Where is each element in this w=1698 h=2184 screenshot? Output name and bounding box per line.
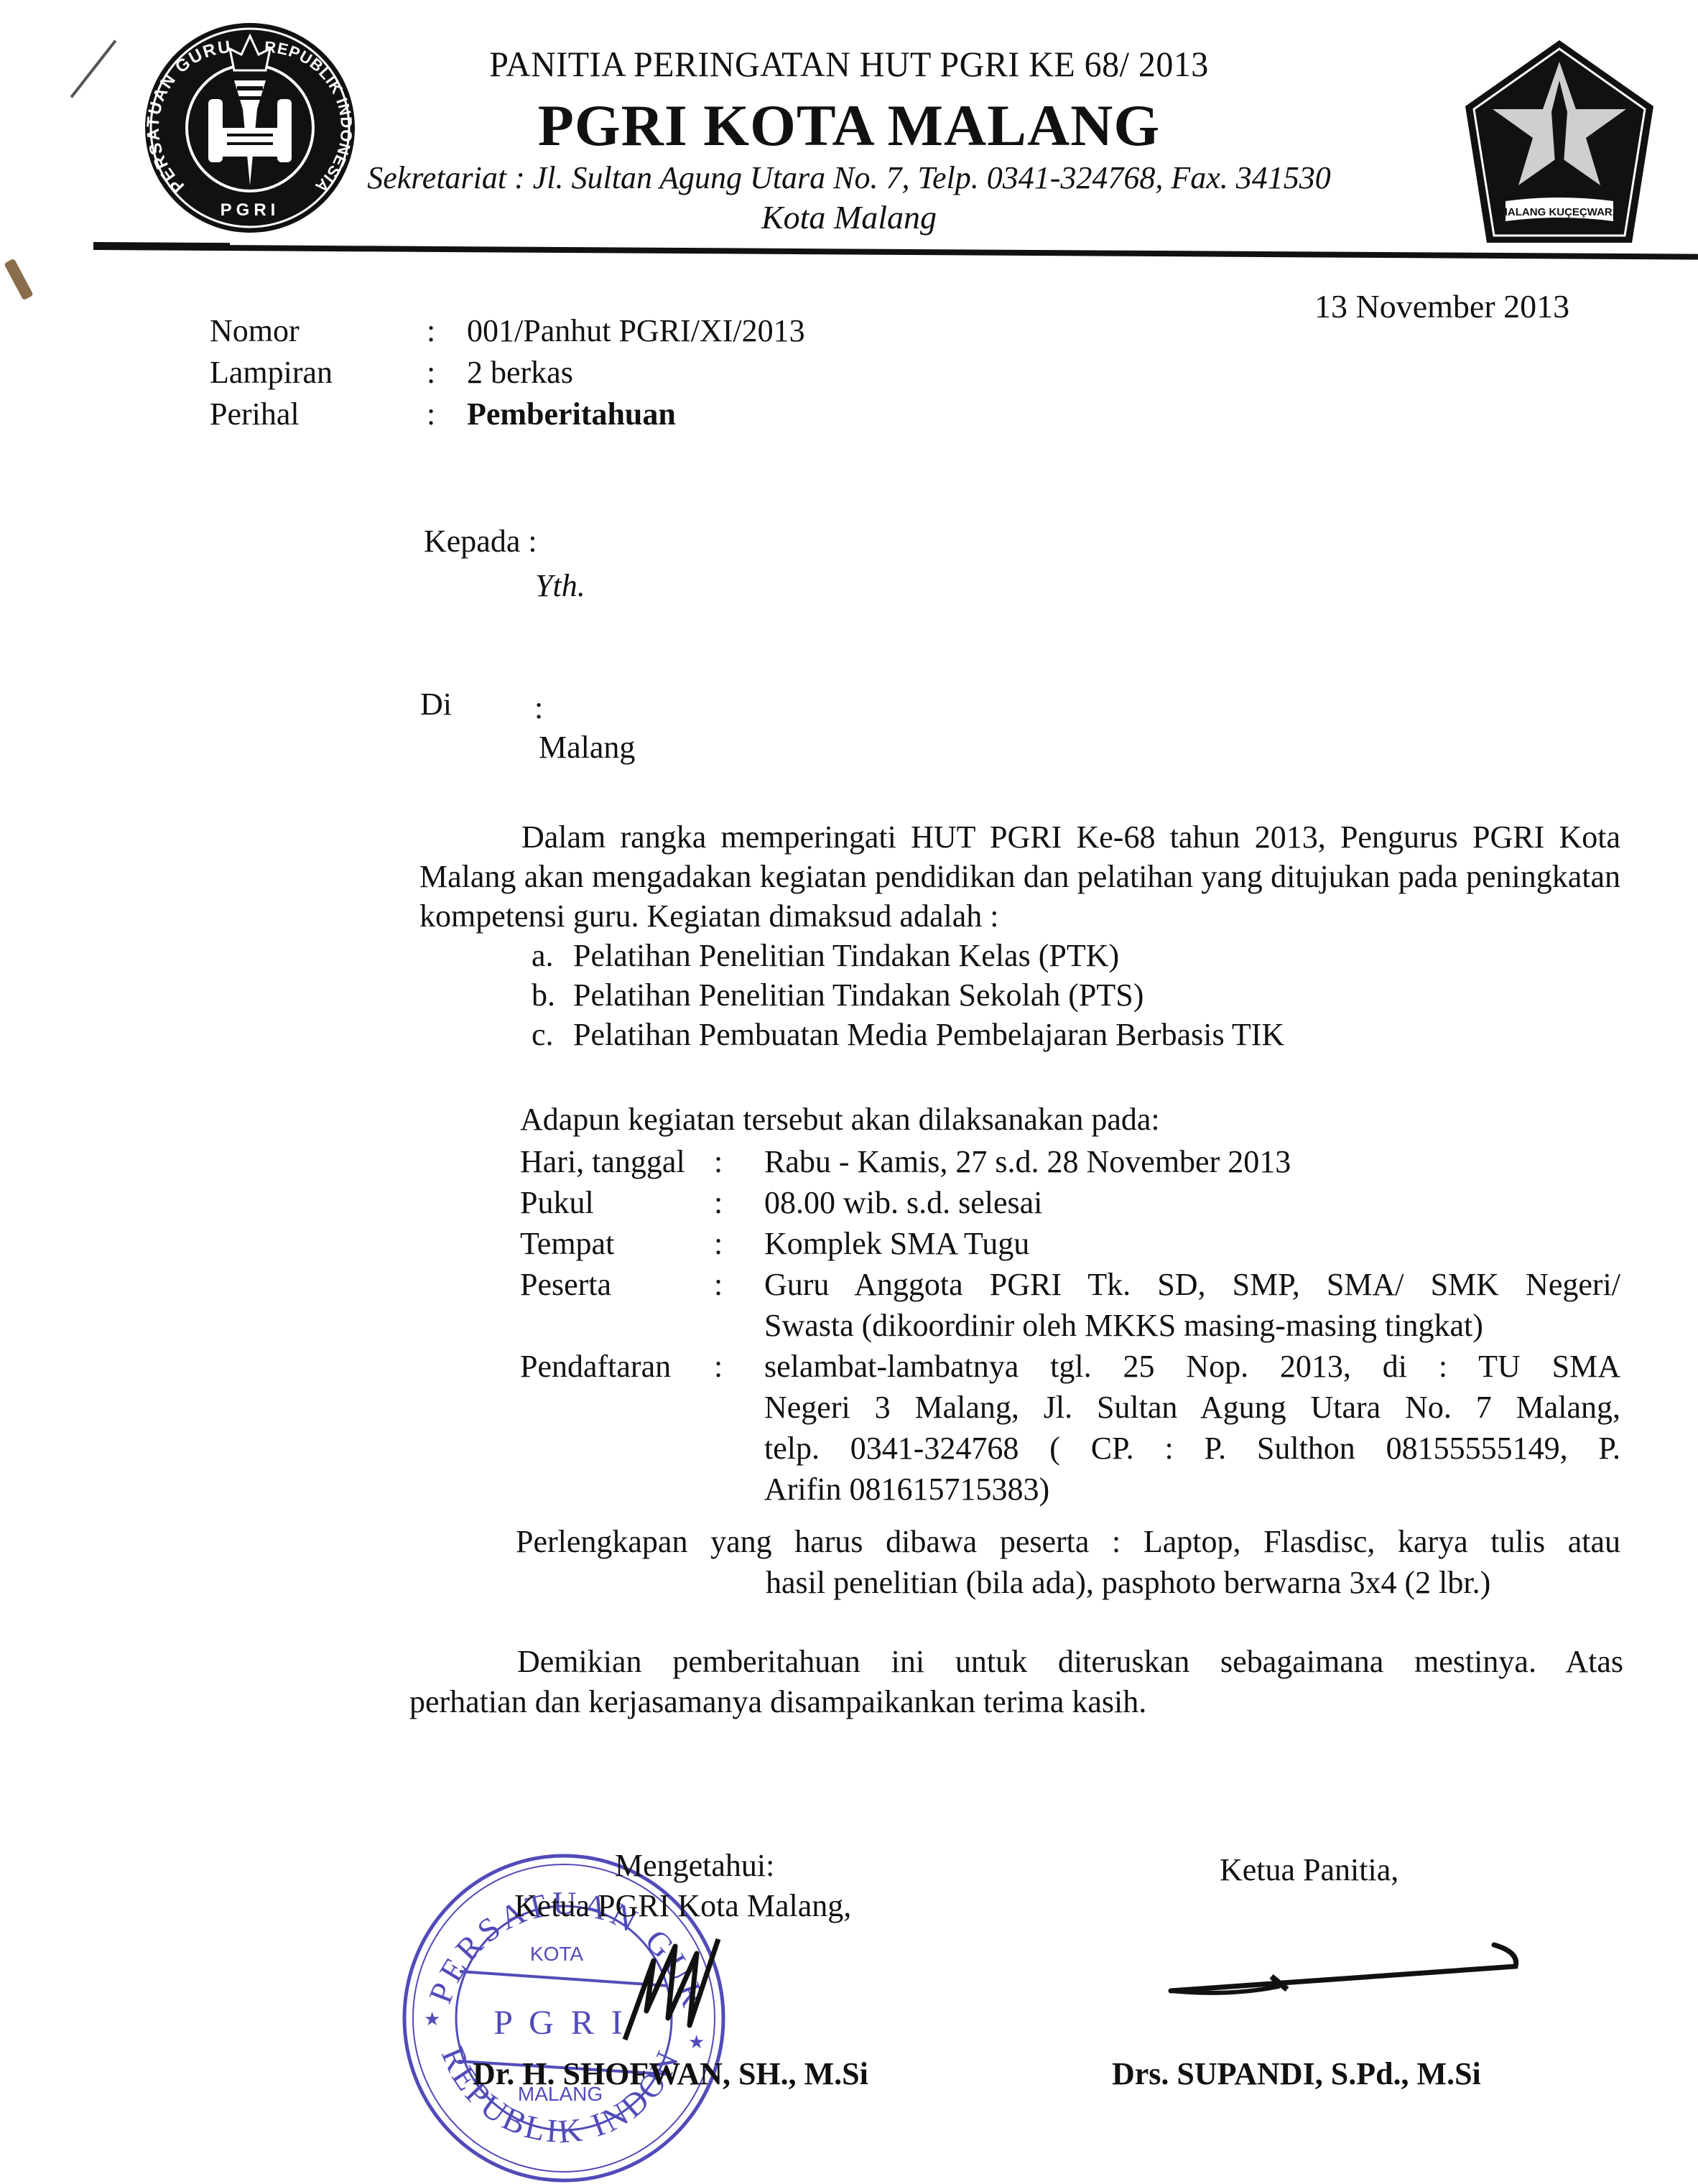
right-signatory-name: Drs. SUPANDI, S.Pd., M.Si	[1112, 2055, 1481, 2092]
meta-row-number: Nomor : 001/Panhut PGRI/XI/2013	[210, 310, 805, 352]
acknowledged-label: Mengetahui:	[615, 1847, 774, 1884]
malang-city-emblem-icon: MALANG KUÇEÇWARA	[1462, 37, 1656, 246]
meta-row-subject: Perihal : Pemberitahuan	[210, 394, 805, 435]
schedule-value: Rabu - Kamis, 27 s.d. 28 November 2013	[764, 1141, 1620, 1182]
meta-label: Lampiran	[210, 352, 427, 394]
meta-colon: :	[427, 310, 467, 352]
schedule-colon: :	[714, 1264, 764, 1346]
left-signatory-name: Dr. H. SHOFWAN, SH., M.Si	[473, 2055, 868, 2092]
meta-colon: :	[427, 394, 467, 435]
list-marker: c.	[532, 1015, 573, 1054]
schedule-label: Pendaftaran	[520, 1346, 714, 1510]
schedule-line: telp. 0341-324768 ( CP. : P. Sulthon 081…	[764, 1428, 1620, 1469]
schedule-row-time: Pukul : 08.00 wib. s.d. selesai	[520, 1182, 1620, 1223]
letterhead-city: Kota Malang	[0, 198, 1698, 236]
schedule-label: Peserta	[520, 1264, 714, 1346]
attachment-count: 2 berkas	[467, 352, 573, 394]
equipment-line: Perlengkapan yang harus dibawa peserta :…	[516, 1521, 1620, 1562]
closing-line: Demikian pemberitahuan ini untuk diterus…	[409, 1642, 1623, 1682]
activity-text: Pelatihan Pembuatan Media Pembelajaran B…	[573, 1015, 1284, 1054]
list-item: a. Pelatihan Penelitian Tindakan Kelas (…	[419, 936, 1620, 975]
schedule-line: selambat-lambatnya tgl. 25 Nop. 2013, di…	[764, 1346, 1620, 1387]
schedule-row-date: Hari, tanggal : Rabu - Kamis, 27 s.d. 28…	[520, 1141, 1620, 1182]
meta-label: Perihal	[210, 394, 427, 435]
meta-row-attachment: Lampiran : 2 berkas	[210, 352, 805, 394]
letterhead-divider	[93, 244, 1698, 260]
svg-text:KOTA: KOTA	[530, 1943, 583, 1965]
addressee-di-colon: :	[534, 689, 543, 726]
schedule-line: 08.00 wib. s.d. selesai	[764, 1182, 1620, 1223]
activity-text: Pelatihan Penelitian Tindakan Kelas (PTK…	[573, 936, 1119, 975]
schedule-value: 08.00 wib. s.d. selesai	[764, 1182, 1620, 1223]
schedule-row-participants: Peserta : Guru Anggota PGRI Tk. SD, SMP,…	[520, 1264, 1620, 1346]
addressee-di: Di	[420, 686, 452, 722]
schedule-colon: :	[714, 1141, 764, 1182]
handwritten-signature-icon	[618, 1932, 725, 2047]
list-item: b. Pelatihan Penelitian Tindakan Sekolah…	[419, 975, 1620, 1015]
schedule-line: Swasta (dikoordinir oleh MKKS masing-mas…	[764, 1305, 1620, 1346]
closing-paragraph: Demikian pemberitahuan ini untuk diterus…	[409, 1642, 1623, 1722]
closing-line: perhatian dan kerjasamanya disampaikanka…	[409, 1682, 1623, 1722]
committee-title: PANITIA PERINGATAN HUT PGRI KE 68/ 2013	[34, 43, 1664, 85]
schedule-block: Adapun kegiatan tersebut akan dilaksanak…	[520, 1099, 1620, 1510]
schedule-colon: :	[714, 1182, 764, 1223]
addressee-city: Malang	[539, 729, 635, 766]
schedule-intro: Adapun kegiatan tersebut akan dilaksanak…	[520, 1099, 1620, 1140]
letter-date: 13 November 2013	[1314, 287, 1569, 325]
schedule-row-registration: Pendaftaran : selambat-lambatnya tgl. 25…	[520, 1346, 1620, 1510]
equipment-requirements: Perlengkapan yang harus dibawa peserta :…	[516, 1521, 1620, 1603]
letter-meta: Nomor : 001/Panhut PGRI/XI/2013 Lampiran…	[210, 310, 805, 435]
schedule-label: Tempat	[520, 1223, 714, 1264]
left-signatory-position: Ketua PGRI Kota Malang,	[514, 1887, 851, 1924]
intro-paragraph: Dalam rangka memperingati HUT PGRI Ke-68…	[419, 817, 1620, 936]
activity-list: a. Pelatihan Penelitian Tindakan Kelas (…	[419, 936, 1620, 1054]
schedule-line: Komplek SMA Tugu	[764, 1223, 1620, 1264]
equipment-line: hasil penelitian (bila ada), pasphoto be…	[516, 1562, 1620, 1603]
svg-text:★: ★	[424, 2009, 440, 2030]
svg-text:P G R I: P G R I	[493, 2004, 627, 2042]
addressee-kepada: Kepada :	[424, 523, 537, 559]
addressee-yth: Yth.	[535, 567, 585, 604]
meta-label: Nomor	[210, 310, 427, 352]
activity-text: Pelatihan Penelitian Tindakan Sekolah (P…	[573, 975, 1143, 1015]
svg-text:MALANG KUÇEÇWARA: MALANG KUÇEÇWARA	[1498, 206, 1620, 218]
schedule-colon: :	[714, 1223, 764, 1264]
letter-body: Dalam rangka memperingati HUT PGRI Ke-68…	[419, 817, 1620, 1054]
list-marker: b.	[532, 975, 573, 1015]
scan-artifact-debris	[4, 259, 33, 301]
list-marker: a.	[532, 936, 573, 975]
meta-colon: :	[427, 352, 467, 394]
schedule-line: Negeri 3 Malang, Jl. Sultan Agung Utara …	[764, 1387, 1620, 1428]
secretariat-address: Sekretariat : Jl. Sultan Agung Utara No.…	[0, 159, 1698, 196]
schedule-line: Rabu - Kamis, 27 s.d. 28 November 2013	[764, 1141, 1620, 1182]
right-signatory-position: Ketua Panitia,	[1220, 1851, 1398, 1888]
schedule-value: Komplek SMA Tugu	[764, 1223, 1620, 1264]
schedule-line: Arifin 081615715383)	[764, 1469, 1620, 1510]
schedule-value: selambat-lambatnya tgl. 25 Nop. 2013, di…	[764, 1346, 1620, 1510]
list-item: c. Pelatihan Pembuatan Media Pembelajara…	[419, 1015, 1620, 1054]
schedule-row-place: Tempat : Komplek SMA Tugu	[520, 1223, 1620, 1264]
letter-subject: Pemberitahuan	[467, 394, 676, 435]
schedule-value: Guru Anggota PGRI Tk. SD, SMP, SMA/ SMK …	[764, 1264, 1620, 1346]
organization-name: PGRI KOTA MALANG	[0, 92, 1698, 159]
schedule-line: Guru Anggota PGRI Tk. SD, SMP, SMA/ SMK …	[764, 1264, 1620, 1305]
letter-number: 001/Panhut PGRI/XI/2013	[467, 310, 805, 352]
schedule-label: Pukul	[520, 1182, 714, 1223]
schedule-label: Hari, tanggal	[520, 1141, 714, 1182]
handwritten-signature-icon	[1156, 1939, 1530, 2004]
schedule-colon: :	[714, 1346, 764, 1510]
